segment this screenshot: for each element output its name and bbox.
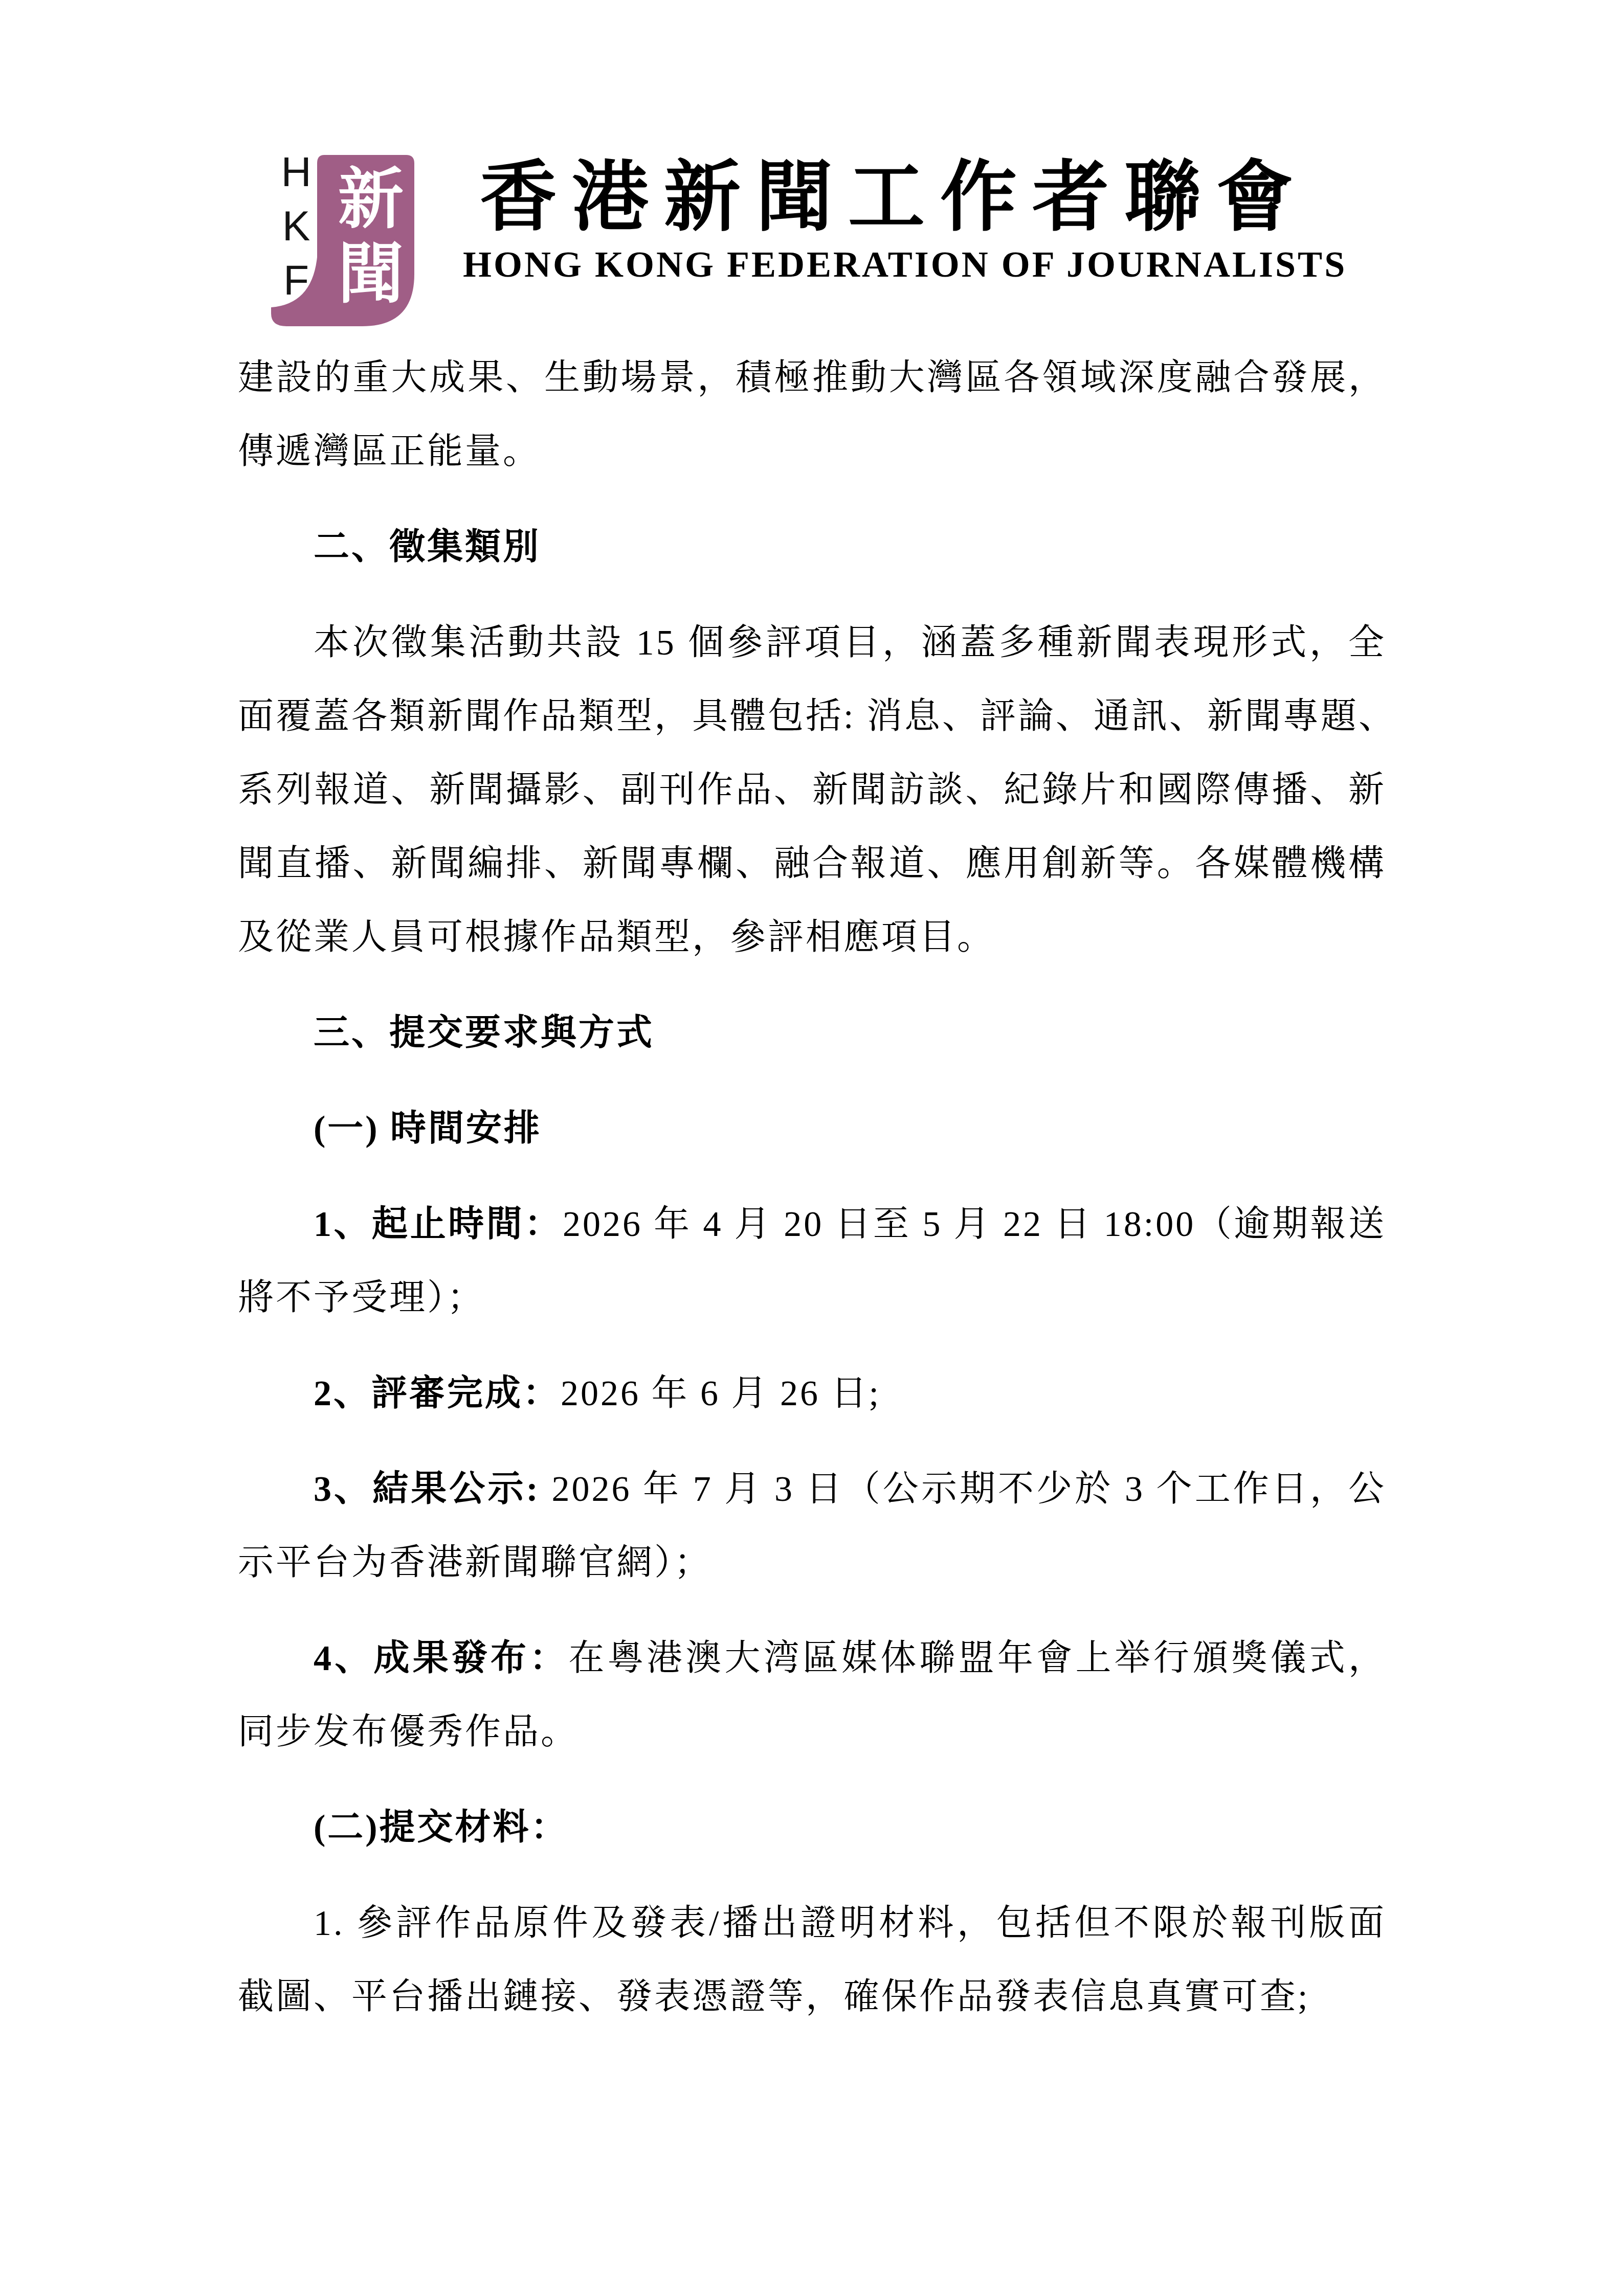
document-line: 將不予受理）； <box>238 1262 1386 1335</box>
line-text: 2026 年 6 月 26 日; <box>561 1374 881 1413</box>
line-bold-label: 1、起止時間： <box>314 1205 563 1244</box>
logo-badge-hanzi: 新 聞 <box>332 163 409 312</box>
line-bold-label: 2、評審完成： <box>314 1374 561 1413</box>
document-line: 系列報道、新聞攝影、副刊作品、新聞訪談、紀錄片和國際傳播、新 <box>238 754 1386 827</box>
line-text: 及從業人員可根據作品類型，參評相應項目。 <box>238 918 995 957</box>
line-text: 截圖、平台播出鏈接、發表憑證等，確保作品發表信息真實可查; <box>238 1977 1309 2017</box>
document-line: 傳遞灣區正能量。 <box>238 415 1386 489</box>
document-line: 面覆蓋各類新聞作品類型，具體包括: 消息、評論、通訊、新聞專題、 <box>238 680 1386 754</box>
document-body: 建設的重大成果、生動場景，積極推動大灣區各領域深度融合發展， 傳遞灣區正能量。 … <box>238 342 1386 2034</box>
document-line: 3、結果公示: 2026 年 7 月 3 日（公示期不少於 3 个工作日，公 <box>238 1453 1386 1526</box>
document-line: 建設的重大成果、生動場景，積極推動大灣區各領域深度融合發展， <box>238 342 1386 415</box>
document-line: 截圖、平台播出鏈接、發表憑證等，確保作品發表信息真實可查; <box>238 1961 1386 2034</box>
line-text: 面覆蓋各類新聞作品類型，具體包括: 消息、評論、通訊、新聞專題、 <box>238 697 1396 736</box>
line-bold-label: 3、結果公示: <box>314 1470 551 1509</box>
line-text: 示平台为香港新聞聯官網）； <box>238 1543 712 1583</box>
document-line: 2、評審完成：2026 年 6 月 26 日; <box>238 1357 1386 1431</box>
line-text: 將不予受理）； <box>238 1278 485 1318</box>
subsection-heading: (一) 時間安排 <box>238 1092 1386 1166</box>
document-line: 本次徵集活動共設 15 個參評項目，涵蓋多種新聞表現形式，全 <box>238 606 1386 680</box>
line-bold-label: (二)提交材料： <box>314 1808 569 1848</box>
document-line: 聞直播、新聞編排、新聞專欄、融合報道、應用創新等。各媒體機構 <box>238 827 1386 901</box>
line-text: 1. 參評作品原件及發表/播出證明材料，包括但不限於報刊版面 <box>314 1904 1386 1943</box>
document-line: 同步发布優秀作品。 <box>238 1696 1386 1769</box>
subsection-heading: (二)提交材料： <box>238 1791 1386 1865</box>
section-heading: 二、徵集類別 <box>238 511 1386 584</box>
document-line: 4、成果發布：在粵港澳大湾區媒体聯盟年會上举行頒獎儀式， <box>238 1622 1386 1696</box>
org-name-chinese: 香港新聞工作者聯會 <box>480 144 1308 252</box>
line-text: 2026 年 7 月 3 日（公示期不少於 3 个工作日，公 <box>551 1470 1386 1509</box>
line-bold-label: 二、徵集類別 <box>314 528 541 567</box>
document-line: 1、起止時間：2026 年 4 月 20 日至 5 月 22 日 18:00（逾… <box>238 1188 1386 1262</box>
line-bold-label: 4、成果發布： <box>314 1639 569 1678</box>
line-text: 系列報道、新聞攝影、副刊作品、新聞訪談、紀錄片和國際傳播、新 <box>238 771 1386 810</box>
line-text: 同步发布優秀作品。 <box>238 1713 579 1752</box>
document-line: 及從業人員可根據作品類型，參評相應項目。 <box>238 901 1386 975</box>
line-text: 聞直播、新聞編排、新聞專欄、融合報道、應用創新等。各媒體機構 <box>238 844 1386 884</box>
logo-badge-char-xin: 新 <box>338 163 404 237</box>
section-heading: 三、提交要求與方式 <box>238 997 1386 1070</box>
logo-badge-char-wen: 聞 <box>338 237 404 312</box>
line-text: 傳遞灣區正能量。 <box>238 432 541 471</box>
line-text: 2026 年 4 月 20 日至 5 月 22 日 18:00（逾期報送 <box>563 1205 1386 1244</box>
line-bold-label: 三、提交要求與方式 <box>314 1014 654 1053</box>
document-page: H K F 新 聞 香港新聞工作者聯會 HONG KONG FEDERATION… <box>0 0 1624 2296</box>
document-line: 1. 參評作品原件及發表/播出證明材料，包括但不限於報刊版面 <box>238 1887 1386 1961</box>
line-text: 本次徵集活動共設 15 個參評項目，涵蓋多種新聞表現形式，全 <box>314 623 1386 663</box>
org-name-english: HONG KONG FEDERATION OF JOURNALISTS <box>463 242 1347 286</box>
line-text: 建設的重大成果、生動場景，積極推動大灣區各領域深度融合發展， <box>238 358 1386 398</box>
document-line: 示平台为香港新聞聯官網）； <box>238 1526 1386 1600</box>
line-bold-label: (一) 時間安排 <box>314 1109 542 1149</box>
line-text: 在粵港澳大湾區媒体聯盟年會上举行頒獎儀式， <box>569 1639 1386 1678</box>
